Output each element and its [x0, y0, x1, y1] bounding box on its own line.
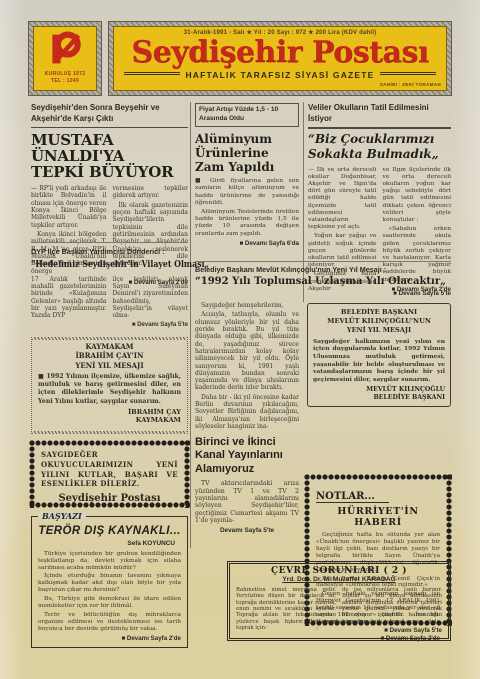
title-line: KAYMAKAM [38, 342, 181, 351]
newspaper-logo-icon [47, 31, 83, 71]
paragraph: Terör ve bölücülüğün dış mihraklarca org… [38, 612, 181, 633]
story-zam: Fiyat Artışı Yüzde 1,5 - 10 Arasında Old… [195, 103, 299, 247]
logo-box: KURULUŞ 1972 TEL : 1249 [33, 26, 97, 91]
continued-on-page: ■ Devamı Sayfa 2'de [383, 286, 452, 293]
box-title: KAYMAKAM İBRAHİM ÇAY'IN YENİ YIL MESAJI [38, 342, 181, 370]
column-title: ÇEVRE SORUNLARI ( 2 ) [236, 566, 442, 576]
cevre-box: ÇEVRE SORUNLARI ( 2 ) Yrd. Doç. Dr. M. M… [227, 561, 451, 641]
paragraph: TV aktarıcılarındaki arıza yüzünden TV 1… [195, 480, 299, 525]
column-title: NOTLAR... [316, 491, 389, 503]
continued-on-page: ■ Devamı Sayfa 6'da [195, 240, 299, 247]
paragraph: — RP'li yedi arkadaşı ile birlikte Bolva… [31, 185, 107, 229]
box-title: BELEDİYE BAŞKANI MEVLÜT KILINÇOĞLU'NUN Y… [313, 308, 445, 335]
paragraph: İçinde oturduğu binanın tavanını yıkmaya… [38, 573, 181, 594]
paragraph: Daha bir - iki yıl öncesine kadar Berlin… [195, 394, 299, 431]
logo-tel: TEL : 1249 [51, 78, 79, 85]
continued-on-page: ■ Devamı Sayfa 5'te [342, 627, 442, 634]
message-body: ■ 1992 Yılının ilçemize, ülkemize sağlık… [38, 373, 181, 405]
body-column: 17 Aralık tarihinde mahalli gazetelerimi… [31, 276, 107, 331]
title-line: YENİ YIL MESAJI [313, 326, 445, 335]
decorative-border [32, 431, 187, 434]
signature-title: KAYMAKAM [38, 416, 181, 425]
story-kicker: Veliler Okulların Tatil Edilmesini İstiy… [308, 103, 451, 129]
story-kicker: DYP İlçe Başkan Yardımcısı Dönderici : [31, 247, 188, 256]
title-line: BELEDİYE BAŞKANI [313, 308, 445, 317]
paragraph: Rahmetten nimet meydana gelir. Yeryüzüne… [236, 587, 336, 631]
paragraph: Alüminyum Tesislerinde üretilen hadde ür… [195, 209, 299, 238]
editorial-author: Sefa KOYUNCU [38, 540, 175, 549]
signature-title: BELEDİYE BAŞKANI [313, 394, 445, 402]
body-column: Rahmetten nimet meydana gelir. Yeryüzüne… [236, 587, 336, 637]
masthead: 31-Aralık-1991 - Salı ★ Yıl : 20 Sayı : … [113, 26, 447, 91]
story-headline: “Hedefimiz Seydişehir'in Vilayet Olması„ [31, 259, 188, 270]
column-body: Rahmetten nimet meydana gelir. Yeryüzüne… [236, 587, 442, 637]
story-kanal: Birinci ve İkinci Kanal Yayınlarını Alam… [195, 436, 299, 534]
masthead-frame: 31-Aralık-1991 - Salı ★ Yıl : 20 Sayı : … [108, 21, 452, 96]
decorative-border [29, 440, 35, 508]
story-body: — İlk ve orta dereceli okullar Doğanhisa… [308, 167, 451, 296]
story-body: TV aktarıcılarındaki arıza yüzünden TV 1… [195, 480, 299, 525]
decorative-border [32, 337, 187, 340]
paragraph: ve Ilgın ilçelerinde ilk ve orta derecel… [383, 167, 452, 225]
column-rule [190, 102, 191, 548]
title-line: İBRAHİM ÇAY'IN [38, 351, 181, 360]
paragraph: Acısıyla, tatlısıyla, olumlu ve olumsuz … [195, 311, 299, 391]
masthead-subtitle-row: HAFTALIK TARAFSIZ SİYASİ GAZETE [124, 71, 436, 80]
story-headline: MUSTAFA ÜNALDI'YA TEPKİ BÜYÜYOR [31, 132, 188, 181]
paragraph: «Sabahın erken saatlerinde okula giden ç… [383, 226, 452, 284]
paragraph: Yoğun kar yağışı ve şiddetli soğuk içind… [308, 233, 377, 269]
paragraph: Saygıdeğer hemşehrilerim, [195, 302, 299, 309]
divider [31, 242, 188, 243]
rule-right [380, 72, 436, 79]
story-headline: Birinci ve İkinci Kanal Yayınlarını Alam… [195, 436, 299, 476]
mayor-message-box: BELEDİYE BAŞKANI MEVLÜT KILINÇOĞLU'NUN Y… [307, 303, 451, 407]
decorative-border [184, 440, 190, 508]
story-headline: “Biz Çocuklarımızı Sokakta Bulmadık„ [308, 132, 451, 162]
paragraph: vermesine tepkiler giderek artıyor. [113, 185, 189, 200]
body-column: — İlk ve orta dereceli okullar Doğanhisa… [308, 167, 377, 296]
decorative-border [304, 474, 452, 480]
column-heading: HÜRRİYET'İN HABERİ [316, 506, 440, 529]
logo-frame: KURULUŞ 1972 TEL : 1249 [28, 21, 102, 96]
greeting-box: SAYGIDEĞER OKUYUCULARIMIZIN YENİ YILINI … [29, 440, 190, 508]
editorial-body: Türkiye içerisinden bir grubun kendiliği… [38, 551, 181, 633]
headline-line: MUSTAFA ÜNALDI'YA [31, 132, 188, 164]
paragraph: 17 Aralık tarihinde mahalli gazetelerimi… [31, 276, 107, 320]
story-dyp: DYP İlçe Başkan Yardımcısı Dönderici : “… [31, 247, 188, 331]
story-kicker: Seydişehir'den Sonra Beyşehir ve Akşehir… [31, 103, 188, 128]
story-headline: Alüminyum Ürünlerine Zam Yapıldı [195, 132, 299, 174]
decorative-border [29, 502, 190, 508]
signature: MEVLÜT KILINÇOĞLU BELEDİYE BAŞKANI [313, 386, 445, 402]
kaymakam-message-box: KAYMAKAM İBRAHİM ÇAY'IN YENİ YIL MESAJI … [31, 337, 188, 434]
signature-name: İBRAHİM ÇAY [38, 408, 181, 417]
story-kicker: Fiyat Artışı Yüzde 1,5 - 10 Arasında Old… [195, 103, 299, 127]
owner-line: SAHİBİ : ZEKİ TORAMAN [380, 83, 441, 88]
newspaper-title: Seydişehir Postası [114, 38, 446, 68]
paragraph: ilçe teşkilatı olarak Sayın Süleyman Dem… [113, 276, 189, 320]
continued-on-page: ■ Devamı Sayfa 5'te [113, 322, 189, 329]
paragraph: Bu, Türkiye gibi demokrasi ile idare edi… [38, 596, 181, 610]
signature-name: MEVLÜT KILINÇOĞLU [313, 386, 445, 394]
paragraph: Geçtiğimiz hafta içerisinde Doğanhisar, … [308, 271, 377, 293]
paragraph: de ise milyonlarca canlı barınır. Bunlar… [342, 587, 442, 625]
message-body: Saygıdeğer halkımızın yeni yılını en içt… [313, 338, 445, 384]
rule-left [124, 72, 180, 79]
editorial-label: BAŞYAZI [38, 512, 86, 520]
story-body: 17 Aralık tarihinde mahalli gazetelerimi… [31, 276, 188, 331]
continued-on-page: ■ Devamı Sayfa 2'de [38, 635, 181, 642]
title-line: YENİ YIL MESAJI [38, 361, 181, 370]
title-line: MEVLÜT KILINÇOĞLU'NUN [313, 317, 445, 326]
paragraph: Türkiye içerisinden bir grubun kendiliği… [38, 551, 181, 572]
newspaper-subtitle: HAFTALIK TARAFSIZ SİYASİ GAZETE [185, 71, 374, 80]
paragraph: — İlk ve orta dereceli okullar Doğanhisa… [308, 167, 377, 232]
body-column: de ise milyonlarca canlı barınır. Bunlar… [342, 587, 442, 637]
column-author: Yrd. Doç. Dr. M. Muzaffer KARADAĞ [236, 576, 442, 585]
story-okul: Veliler Okulların Tatil Edilmesini İstiy… [308, 103, 451, 295]
mayor-column-body: Saygıdeğer hemşehrilerim, Acısıyla, tatl… [195, 302, 299, 432]
body-column: ve Ilgın ilçelerinde ilk ve orta derecel… [383, 167, 452, 296]
story-body: ■ Girdi fiyatlarına gelen son zamların k… [195, 178, 299, 238]
greeting-text: SAYGIDEĞER OKUYUCULARIMIZIN YENİ YILINI … [41, 450, 178, 489]
headline-line: TEPKİ BÜYÜYOR [31, 164, 188, 180]
continued-on-page: Devamı Sayfa 5'te [195, 527, 299, 535]
paragraph: ■ Girdi fiyatlarına gelen son zamların k… [195, 178, 299, 207]
decorative-border [29, 440, 190, 446]
body-column: ilçe teşkilatı olarak Sayın Süleyman Dem… [113, 276, 189, 331]
editorial-headline: TERÖR DIŞ KAYNAKLI... [38, 525, 181, 538]
newspaper-front-page: KURULUŞ 1972 TEL : 1249 31-Aralık-1991 -… [0, 0, 480, 679]
signature: İBRAHİM ÇAY KAYMAKAM [38, 408, 181, 425]
editorial-box: BAŞYAZI TERÖR DIŞ KAYNAKLI... Sefa KOYUN… [31, 516, 188, 648]
